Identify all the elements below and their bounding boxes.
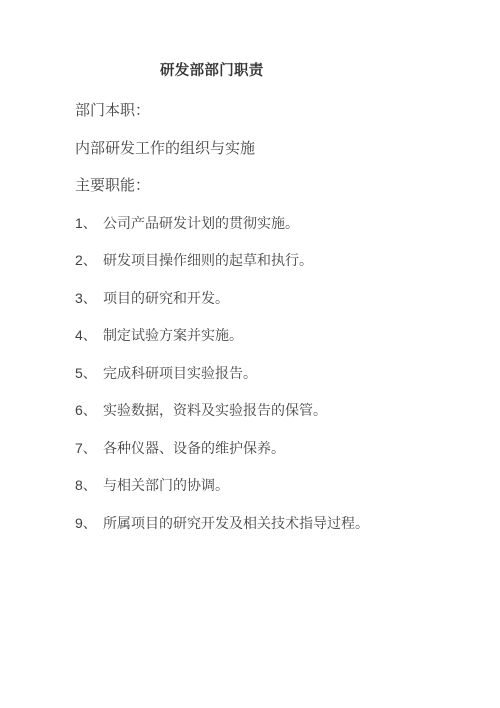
document-body: 研发部部门职责 部门本职： 内部研发工作的组织与实施 主要职能： 1、 公司产品…	[0, 0, 500, 532]
list-item-text: 实验数据，资料及实验报告的保管。	[103, 402, 430, 419]
list-item: 2、 研发项目操作细则的起草和执行。	[75, 252, 430, 269]
list-item: 6、 实验数据，资料及实验报告的保管。	[75, 402, 430, 419]
list-item-number: 2、	[75, 252, 103, 269]
list-item-number: 1、	[75, 215, 103, 232]
section-label-department-duty: 部门本职：	[75, 102, 430, 119]
list-item-text: 研发项目操作细则的起草和执行。	[103, 252, 430, 269]
document-page: 研发部部门职责 部门本职： 内部研发工作的组织与实施 主要职能： 1、 公司产品…	[0, 0, 500, 708]
list-item-text: 完成科研项目实验报告。	[103, 365, 430, 382]
list-item-text: 各种仪器、设备的维护保养。	[103, 440, 430, 457]
list-item: 8、 与相关部门的协调。	[75, 477, 430, 494]
department-duty-text: 内部研发工作的组织与实施	[75, 140, 430, 157]
list-item-text: 与相关部门的协调。	[103, 477, 430, 494]
list-item: 3、 项目的研究和开发。	[75, 290, 430, 307]
list-item-number: 5、	[75, 365, 103, 382]
list-item: 4、 制定试验方案并实施。	[75, 327, 430, 344]
list-item: 9、 所属项目的研究开发及相关技术指导过程。	[75, 515, 430, 532]
list-item-number: 7、	[75, 440, 103, 457]
list-item-number: 3、	[75, 290, 103, 307]
list-item-number: 4、	[75, 327, 103, 344]
list-item-number: 8、	[75, 477, 103, 494]
section-label-main-functions: 主要职能：	[75, 177, 430, 194]
list-item-text: 公司产品研发计划的贯彻实施。	[103, 215, 430, 232]
list-item-text: 所属项目的研究开发及相关技术指导过程。	[103, 515, 430, 532]
list-item: 7、 各种仪器、设备的维护保养。	[75, 440, 430, 457]
list-item-text: 项目的研究和开发。	[103, 290, 430, 307]
list-item-number: 9、	[75, 515, 103, 532]
list-item-text: 制定试验方案并实施。	[103, 327, 430, 344]
document-title: 研发部部门职责	[160, 60, 430, 82]
list-item-number: 6、	[75, 402, 103, 419]
list-item: 5、 完成科研项目实验报告。	[75, 365, 430, 382]
list-item: 1、 公司产品研发计划的贯彻实施。	[75, 215, 430, 232]
